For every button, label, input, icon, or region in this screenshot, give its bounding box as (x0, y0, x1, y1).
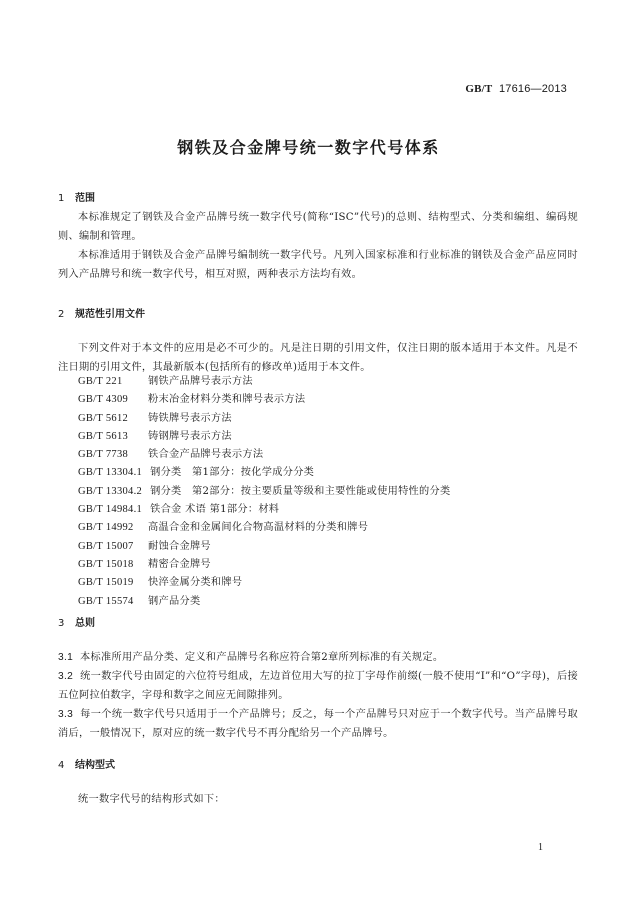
reference-code: GB/T 13304.1 (78, 464, 142, 482)
reference-title: 铸钢牌号表示方法 (148, 431, 232, 442)
section-2-paragraph-1: 下列文件对于本文件的应用是必不可少的。凡是注日期的引用文件，仅注日期的版本适用于… (58, 339, 578, 377)
section-1-paragraph-1: 本标准规定了钢铁及合金产品牌号统一数字代号(简称“ISC”代号)的总则、结构型式… (58, 208, 578, 246)
section-1-heading: 1范围 (58, 189, 95, 204)
document-title: 钢铁及合金牌号统一数字代号体系 (0, 135, 617, 158)
section-1-paragraph-2: 本标准适用于钢铁及合金产品牌号编制统一数字代号。凡列入国家标准和行业标准的钢铁及… (58, 246, 578, 284)
reference-title: 钢产品分类 (148, 596, 200, 607)
reference-item: GB/T 14992高温合金和金属间化合物高温材料的分类和牌号 (78, 519, 451, 537)
reference-item: GB/T 15019快淬金属分类和牌号 (78, 574, 451, 592)
reference-item: GB/T 221钢铁产品牌号表示方法 (78, 373, 451, 391)
section-2-heading: 2规范性引用文件 (58, 305, 145, 320)
reference-code: GB/T 14984.1 (78, 501, 142, 519)
clause-3-3: 3.3每一个统一数字代号只适用于一个产品牌号；反之，每一个产品牌号只对应于一个数… (58, 705, 578, 743)
standard-prefix: GB/T (465, 83, 492, 95)
reference-code: GB/T 5613 (78, 428, 140, 446)
clause-number: 3.3 (58, 705, 80, 724)
reference-code: GB/T 15574 (78, 593, 140, 611)
section-number: 4 (58, 760, 75, 771)
reference-item: GB/T 15574钢产品分类 (78, 593, 451, 611)
reference-code: GB/T 15007 (78, 538, 140, 556)
section-4-paragraph-1: 统一数字代号的结构形式如下： (58, 790, 578, 809)
clause-text: 统一数字代号由固定的六位符号组成，左边首位用大写的拉丁字母作前缀(一般不使用“I… (58, 671, 578, 701)
reference-title: 高温合金和金属间化合物高温材料的分类和牌号 (148, 522, 368, 533)
section-title: 范围 (75, 193, 95, 204)
reference-code: GB/T 7738 (78, 446, 140, 464)
clause-text: 每一个统一数字代号只适用于一个产品牌号；反之，每一个产品牌号只对应于一个数字代号… (58, 709, 578, 739)
reference-code: GB/T 15019 (78, 574, 140, 592)
reference-title: 钢分类 第1部分：按化学成分分类 (150, 467, 314, 478)
reference-code: GB/T 13304.2 (78, 483, 142, 501)
section-title: 规范性引用文件 (75, 309, 145, 320)
section-number: 3 (58, 618, 75, 629)
normative-references-list: GB/T 221钢铁产品牌号表示方法 GB/T 4309粉末冶金材料分类和牌号表… (78, 373, 451, 611)
reference-code: GB/T 14992 (78, 519, 140, 537)
reference-title: 耐蚀合金牌号 (148, 541, 211, 552)
clause-number: 3.1 (58, 648, 80, 667)
section-number: 1 (58, 193, 75, 204)
reference-title: 铸铁牌号表示方法 (148, 413, 232, 424)
reference-code: GB/T 5612 (78, 410, 140, 428)
section-number: 2 (58, 309, 75, 320)
page-number: 1 (538, 842, 543, 853)
reference-item: GB/T 13304.1钢分类 第1部分：按化学成分分类 (78, 464, 451, 482)
reference-item: GB/T 15007耐蚀合金牌号 (78, 538, 451, 556)
reference-title: 精密合金牌号 (148, 559, 211, 570)
clause-3-2: 3.2统一数字代号由固定的六位符号组成，左边首位用大写的拉丁字母作前缀(一般不使… (58, 667, 578, 705)
standard-code: GB/T 17616—2013 (465, 83, 567, 95)
reference-code: GB/T 15018 (78, 556, 140, 574)
reference-item: GB/T 14984.1铁合金 术语 第1部分：材料 (78, 501, 451, 519)
section-4-heading: 4结构型式 (58, 756, 115, 771)
standard-number: 17616—2013 (499, 83, 567, 95)
reference-title: 钢铁产品牌号表示方法 (148, 376, 253, 387)
reference-title: 铁合金产品牌号表示方法 (148, 449, 263, 460)
reference-title: 钢分类 第2部分：按主要质量等级和主要性能或使用特性的分类 (150, 486, 450, 497)
reference-code: GB/T 221 (78, 373, 140, 391)
section-title: 结构型式 (75, 760, 115, 771)
reference-title: 快淬金属分类和牌号 (148, 577, 242, 588)
clause-number: 3.2 (58, 667, 80, 686)
reference-item: GB/T 13304.2钢分类 第2部分：按主要质量等级和主要性能或使用特性的分… (78, 483, 451, 501)
reference-code: GB/T 4309 (78, 391, 140, 409)
clause-3-1: 3.1本标准所用产品分类、定义和产品牌号名称应符合第2章所列标准的有关规定。 (58, 648, 578, 667)
reference-title: 铁合金 术语 第1部分：材料 (150, 504, 279, 515)
section-title: 总则 (75, 618, 95, 629)
reference-title: 粉末冶金材料分类和牌号表示方法 (148, 394, 305, 405)
reference-item: GB/T 5613铸钢牌号表示方法 (78, 428, 451, 446)
reference-item: GB/T 4309粉末冶金材料分类和牌号表示方法 (78, 391, 451, 409)
reference-item: GB/T 7738铁合金产品牌号表示方法 (78, 446, 451, 464)
reference-item: GB/T 15018精密合金牌号 (78, 556, 451, 574)
reference-item: GB/T 5612铸铁牌号表示方法 (78, 410, 451, 428)
section-3-heading: 3总则 (58, 614, 95, 629)
clause-text: 本标准所用产品分类、定义和产品牌号名称应符合第2章所列标准的有关规定。 (80, 652, 443, 663)
